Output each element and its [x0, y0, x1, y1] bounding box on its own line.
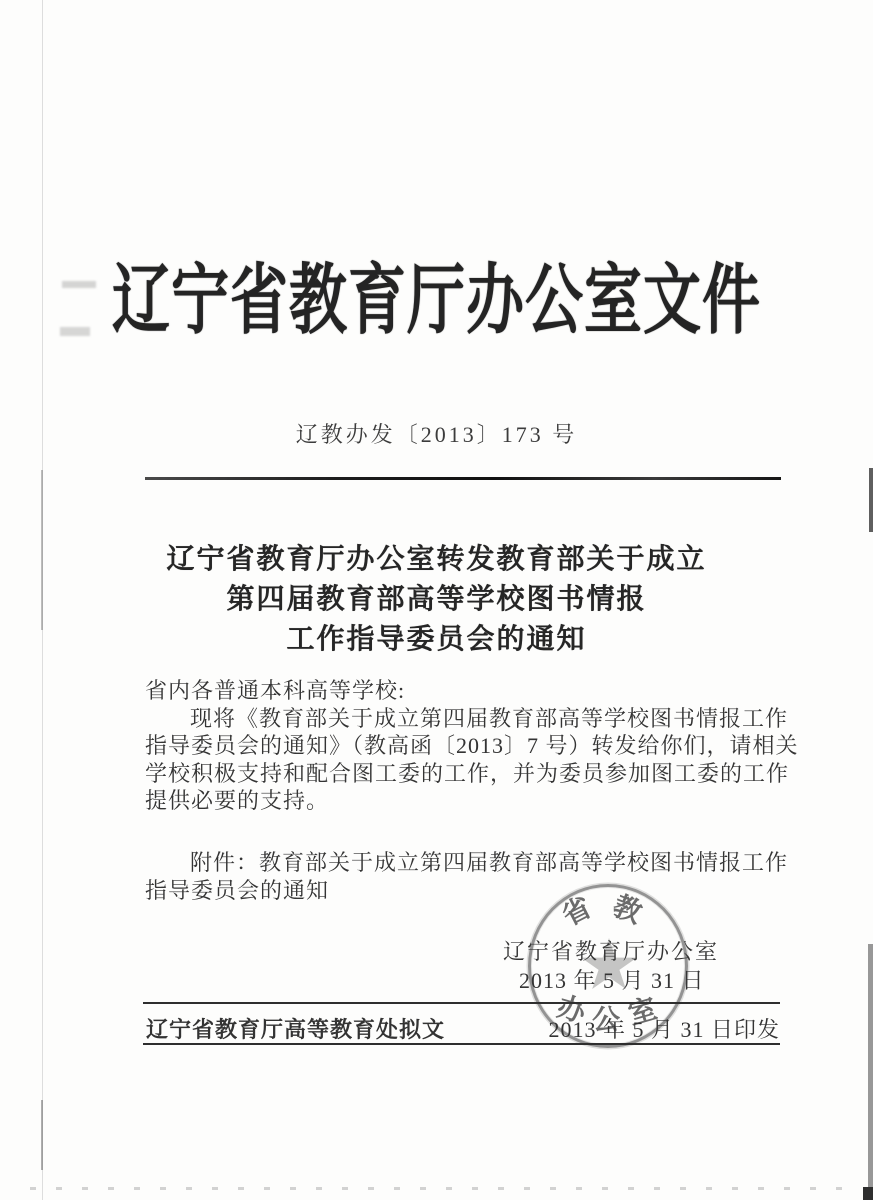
- body-line: 指导委员会的通知》（教高函〔2013〕7 号）转发给你们，请相关: [145, 732, 793, 760]
- scan-artifact: [863, 1187, 873, 1200]
- attachment-text: 附件：教育部关于成立第四届教育部高等学校图书情报工作 指导委员会的通知: [145, 849, 793, 904]
- footer-divider-top: [143, 1002, 780, 1004]
- notice-title-line-1: 辽宁省教育厅办公室转发教育部关于成立: [0, 540, 873, 580]
- notice-title-line-2: 第四届教育部高等学校图书情报: [0, 580, 873, 620]
- attachment-line: 指导委员会的通知: [145, 877, 793, 905]
- scan-artifact: [30, 1187, 842, 1190]
- notice-title: 辽宁省教育厅办公室转发教育部关于成立 第四届教育部高等学校图书情报 工作指导委员…: [0, 540, 873, 660]
- scan-artifact: [869, 468, 873, 532]
- attachment-line: 附件：教育部关于成立第四届教育部高等学校图书情报工作: [145, 849, 793, 877]
- body-line: 学校积极支持和配合图工委的工作，并为委员参加图工委的工作: [145, 760, 793, 788]
- document-number: 辽教办发〔2013〕173 号: [0, 418, 873, 449]
- signature-organization: 辽宁省教育厅办公室: [503, 935, 719, 966]
- footer-print-date: 2013 年 5 月 31 日印发: [548, 1013, 780, 1044]
- scan-artifact: [41, 1100, 43, 1170]
- document-page: 辽宁省教育厅办公室文件 辽教办发〔2013〕173 号 辽宁省教育厅办公室转发教…: [0, 0, 873, 1200]
- salutation: 省内各普通本科高等学校:: [145, 677, 793, 705]
- body-line: 提供必要的支持。: [145, 787, 793, 815]
- body-text: 省内各普通本科高等学校: 现将《教育部关于成立第四届教育部高等学校图书情报工作 …: [145, 677, 793, 815]
- letterhead-divider: [145, 477, 781, 480]
- footer-drafting-unit: 辽宁省教育厅高等教育处拟文: [146, 1013, 445, 1044]
- signature-date: 2013 年 5 月 31 日: [519, 964, 705, 995]
- scan-artifact: [868, 944, 873, 1200]
- notice-title-line-3: 工作指导委员会的通知: [0, 620, 873, 660]
- body-line: 现将《教育部关于成立第四届教育部高等学校图书情报工作: [145, 705, 793, 733]
- letterhead-title: 辽宁省教育厅办公室文件: [0, 262, 873, 341]
- footer-divider-bottom: [143, 1043, 780, 1045]
